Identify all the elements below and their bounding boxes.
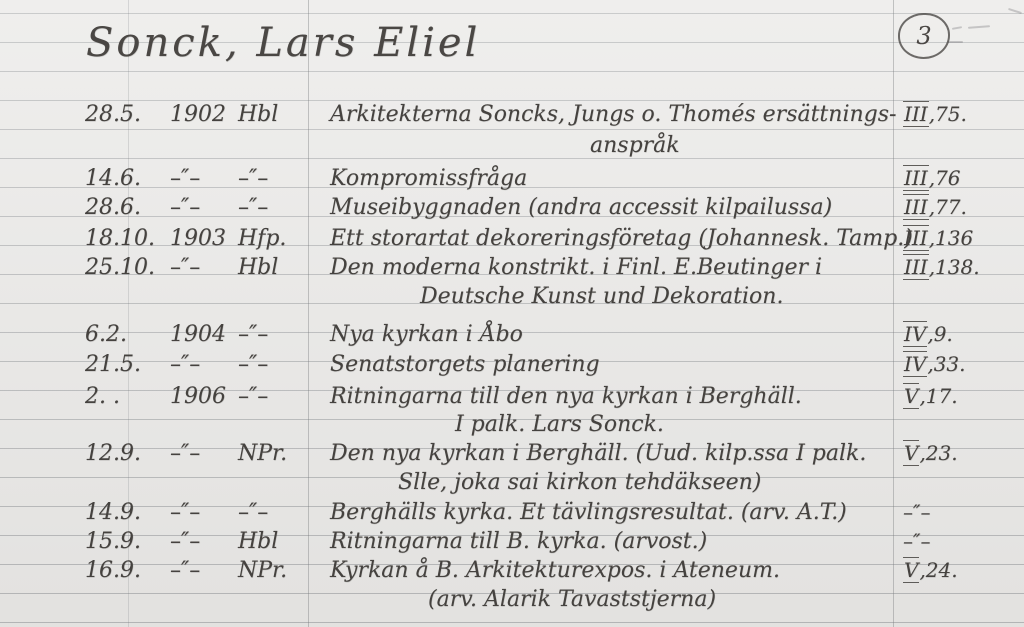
- entry-ref: V,23.: [903, 441, 958, 465]
- entry-date: 28.5.: [85, 102, 141, 127]
- entry-date: 16.9.: [85, 558, 141, 583]
- entry-ref-page: ,136: [929, 226, 974, 250]
- entry-ref-page: ,138.: [929, 255, 980, 279]
- entry-date: 25.10.: [85, 255, 155, 280]
- entry-text: Senatstorgets planering: [330, 352, 600, 377]
- entry-text: Den nya kyrkan i Berghäll. (Uud. kilp.ss…: [330, 441, 866, 466]
- entry-ref: –″–: [903, 500, 930, 524]
- entry-year: –″–: [170, 441, 200, 466]
- entry-source: –″–: [238, 195, 268, 220]
- entry-ref-volume: III: [903, 254, 929, 280]
- ledger-row: 16.9. –″– NPr. Kyrkan å B. Arkitekturexp…: [0, 558, 1024, 586]
- entry-source: –″–: [238, 166, 268, 191]
- entry-source: Hbl: [238, 102, 278, 127]
- entry-continuation: Deutsche Kunst und Dekoration.: [420, 284, 783, 309]
- entry-date: 21.5.: [85, 352, 141, 377]
- entry-year: –″–: [170, 558, 200, 583]
- entry-source: NPr.: [238, 558, 287, 583]
- entry-year: –″–: [170, 352, 200, 377]
- entry-continuation: Slle, joka sai kirkon tehdäkseen): [398, 470, 761, 495]
- entry-ref: V,17.: [903, 384, 958, 408]
- page-number-badge: 3: [898, 13, 950, 59]
- ledger-page: Sonck, Lars Eliel 3 28.5. 1902 Hbl Arkit…: [0, 0, 1024, 627]
- ledger-row: 2. . 1906 –″– Ritningarna till den nya k…: [0, 384, 1024, 412]
- entry-text: Museibyggnaden (andra accessit kilpailus…: [330, 195, 832, 220]
- entry-date: 6.2.: [85, 322, 127, 347]
- ledger-row: 28.6. –″– –″– Museibyggnaden (andra acce…: [0, 195, 1024, 223]
- entry-date: 14.6.: [85, 166, 141, 191]
- entry-ref: IV,9.: [903, 322, 953, 346]
- entry-text: Arkitekterna Soncks, Jungs o. Thomés ers…: [330, 102, 896, 127]
- ledger-row: 14.6. –″– –″– Kompromissfråga III,76: [0, 166, 1024, 194]
- entry-ref-page: ,17.: [919, 384, 957, 408]
- ledger-row: 18.10. 1903 Hfp. Ett storartat dekorerin…: [0, 226, 1024, 254]
- entry-source: –″–: [238, 384, 268, 409]
- pencil-mark: [948, 41, 963, 43]
- entry-text: Den moderna konstrikt. i Finl. E.Beuting…: [330, 255, 822, 280]
- entry-year: 1906: [170, 384, 226, 409]
- entry-ref-page: ,75.: [929, 102, 967, 126]
- entry-year: 1904: [170, 322, 226, 347]
- entry-year: –″–: [170, 529, 200, 554]
- entry-text: Kyrkan å B. Arkitekturexpos. i Ateneum.: [330, 558, 780, 583]
- entry-ref-volume: IV: [903, 351, 927, 377]
- entry-year: 1902: [170, 102, 226, 127]
- entry-ref: III,77.: [903, 195, 967, 219]
- ledger-row: 21.5. –″– –″– Senatstorgets planering IV…: [0, 352, 1024, 380]
- ledger-row: 12.9. –″– NPr. Den nya kyrkan i Berghäll…: [0, 441, 1024, 469]
- ledger-row: 15.9. –″– Hbl Ritningarna till B. kyrka.…: [0, 529, 1024, 557]
- page-title: Sonck, Lars Eliel: [86, 20, 480, 66]
- entry-ref-page: ,23.: [919, 441, 957, 465]
- entry-date: 12.9.: [85, 441, 141, 466]
- entry-ref-page: ,77.: [929, 195, 967, 219]
- pencil-mark: [952, 26, 962, 30]
- entry-text: Berghälls kyrka. Et tävlingsresultat. (a…: [330, 500, 847, 525]
- pencil-mark: [1008, 8, 1022, 14]
- entry-text: Kompromissfråga: [330, 166, 527, 191]
- entry-ref: III,76: [903, 166, 961, 190]
- entry-ref: IV,33.: [903, 352, 966, 376]
- entry-ref-volume: IV: [903, 321, 927, 347]
- entry-ref-volume: V: [903, 383, 919, 409]
- entry-year: –″–: [170, 195, 200, 220]
- entry-ref-volume: V: [903, 557, 919, 583]
- entry-text: Nya kyrkan i Åbo: [330, 322, 523, 347]
- entry-source: –″–: [238, 352, 268, 377]
- entry-text: Ritningarna till B. kyrka. (arvost.): [330, 529, 707, 554]
- entry-source: Hbl: [238, 255, 278, 280]
- ledger-row: 6.2. 1904 –″– Nya kyrkan i Åbo IV,9.: [0, 322, 1024, 350]
- entry-date: 2. .: [85, 384, 120, 409]
- entry-source: NPr.: [238, 441, 287, 466]
- entry-ref: III,138.: [903, 255, 980, 279]
- entry-ref-volume: III: [903, 194, 929, 220]
- entry-ref: –″–: [903, 529, 930, 553]
- entry-source: –″–: [238, 500, 268, 525]
- entry-ref-page: –″–: [903, 500, 930, 524]
- entry-ref-page: –″–: [903, 529, 930, 553]
- entry-ref-page: ,33.: [927, 352, 965, 376]
- pencil-mark: [968, 25, 990, 29]
- entry-year: 1903: [170, 226, 226, 251]
- entry-continuation: I palk. Lars Sonck.: [455, 412, 664, 437]
- entry-year: –″–: [170, 255, 200, 280]
- entry-year: –″–: [170, 166, 200, 191]
- entry-ref-page: ,24.: [919, 558, 957, 582]
- entry-ref-page: ,9.: [927, 322, 952, 346]
- entry-date: 15.9.: [85, 529, 141, 554]
- entry-ref-volume: V: [903, 440, 919, 466]
- entry-date: 18.10.: [85, 226, 155, 251]
- entry-source: Hfp.: [238, 226, 286, 251]
- entry-ref: III,136: [903, 226, 973, 250]
- entry-source: –″–: [238, 322, 268, 347]
- ledger-row: 25.10. –″– Hbl Den moderna konstrikt. i …: [0, 255, 1024, 283]
- entry-ref: V,24.: [903, 558, 958, 582]
- entry-ref-volume: III: [903, 101, 929, 127]
- entry-source: Hbl: [238, 529, 278, 554]
- ledger-row: 28.5. 1902 Hbl Arkitekterna Soncks, Jung…: [0, 102, 1024, 130]
- entry-date: 28.6.: [85, 195, 141, 220]
- entry-ref: III,75.: [903, 102, 967, 126]
- entry-continuation: (arv. Alarik Tavaststjerna): [428, 587, 716, 612]
- entry-ref-volume: III: [903, 165, 929, 191]
- entry-date: 14.9.: [85, 500, 141, 525]
- page-number: 3: [916, 22, 931, 50]
- entry-continuation: anspråk: [590, 133, 680, 158]
- entry-ref-volume: III: [903, 225, 929, 251]
- entry-year: –″–: [170, 500, 200, 525]
- entry-ref-page: ,76: [929, 166, 961, 190]
- entry-text: Ritningarna till den nya kyrkan i Berghä…: [330, 384, 802, 409]
- entry-text: Ett storartat dekoreringsföretag (Johann…: [330, 226, 913, 251]
- ledger-row: 14.9. –″– –″– Berghälls kyrka. Et tävlin…: [0, 500, 1024, 528]
